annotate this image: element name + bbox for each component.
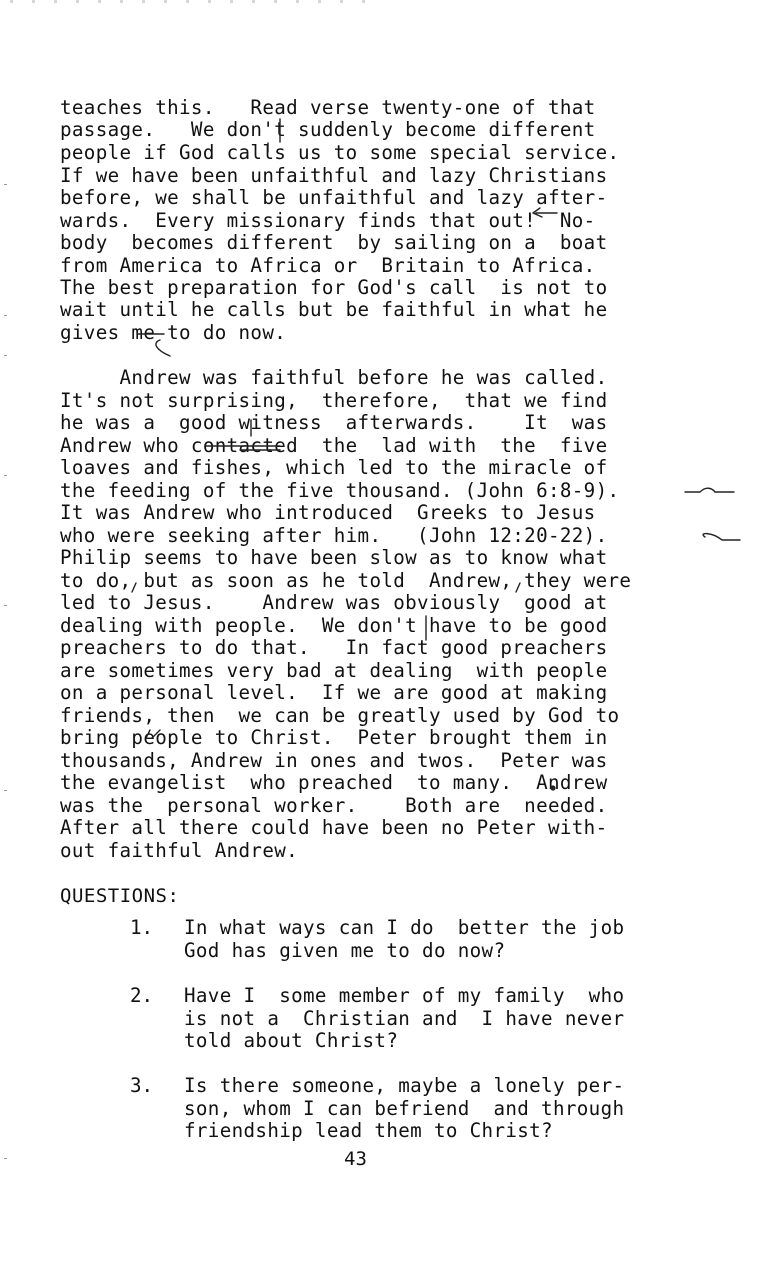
question-line: told about Christ?	[184, 1030, 398, 1052]
scan-artifact	[4, 315, 7, 316]
body-line: Andrew was faithful before he was called…	[60, 367, 608, 389]
question-line: Is there someone, maybe a lonely per-	[184, 1075, 624, 1097]
body-line: led to Jesus. Andrew was obviously good …	[60, 592, 608, 614]
body-line: If we have been unfaithful and lazy Chri…	[60, 165, 608, 187]
body-line: he was a good witness afterwards. It was	[60, 412, 608, 434]
question-line: is not a Christian and I have never	[184, 1008, 624, 1030]
body-line: bring people to Christ. Peter brought th…	[60, 727, 608, 749]
body-line: thousands, Andrew in ones and twos. Pete…	[60, 750, 608, 772]
page-number: 43	[344, 1148, 367, 1170]
body-line: people if God calls us to some special s…	[60, 142, 619, 164]
body-line: teaches this. Read verse twenty-one of t…	[60, 97, 596, 119]
body-line: Philip seems to have been slow as to kno…	[60, 547, 608, 569]
body-line: wait until he calls but be faithful in w…	[60, 299, 608, 321]
body-line: was the personal worker. Both are needed…	[60, 795, 608, 817]
body-line: from America to Africa or Britain to Afr…	[60, 255, 596, 277]
body-line: passage. We don't suddenly become differ…	[60, 119, 596, 141]
body-line: It was Andrew who introduced Greeks to J…	[60, 502, 596, 524]
body-line: After all there could have been no Peter…	[60, 817, 608, 839]
body-line: gives me to do now.	[60, 322, 286, 344]
scan-artifact	[4, 475, 7, 476]
body-line: who were seeking after him. (John 12:20-…	[60, 525, 608, 547]
body-line: It's not surprising, therefore, that we …	[60, 390, 608, 412]
question-number: 1.	[130, 917, 153, 939]
question-line: friendship lead them to Christ?	[184, 1120, 553, 1142]
body-line: Andrew who contacted the lad with the fi…	[60, 435, 608, 457]
body-line: wards. Every missionary finds that out! …	[60, 210, 596, 232]
question-line: God has given me to do now?	[184, 940, 505, 962]
body-line: dealing with people. We don't have to be…	[60, 615, 608, 637]
scan-artifact	[4, 355, 7, 356]
body-line: the feeding of the five thousand. (John …	[60, 480, 619, 502]
top-bleed-through-text	[10, 0, 370, 3]
question-line: In what ways can I do better the job	[184, 917, 624, 939]
body-line: the evangelist who preached to many. And…	[60, 772, 608, 794]
questions-heading: QUESTIONS:	[60, 885, 179, 907]
body-line: out faithful Andrew.	[60, 840, 298, 862]
body-line: loaves and fishes, which led to the mira…	[60, 457, 608, 479]
body-line: body becomes different by sailing on a b…	[60, 232, 608, 254]
body-line: preachers to do that. In fact good preac…	[60, 637, 608, 659]
question-line: Have I some member of my family who	[184, 985, 624, 1007]
body-line: to do, but as soon as he told Andrew, th…	[60, 570, 631, 592]
body-line: before, we shall be unfaithful and lazy …	[60, 187, 608, 209]
question-number: 2.	[130, 985, 153, 1007]
body-line: The best preparation for God's call is n…	[60, 277, 608, 299]
scan-artifact	[4, 605, 7, 606]
question-number: 3.	[130, 1075, 153, 1097]
document-page: teaches this. Read verse twenty-one of t…	[0, 0, 774, 1263]
body-line: friends, then we can be greatly used by …	[60, 705, 619, 727]
body-line: on a personal level. If we are good at m…	[60, 682, 608, 704]
scan-artifact	[4, 1158, 7, 1159]
scan-artifact	[4, 184, 7, 185]
scan-artifact	[4, 790, 7, 791]
question-line: son, whom I can befriend and through	[184, 1098, 624, 1120]
body-line: are sometimes very bad at dealing with p…	[60, 660, 608, 682]
